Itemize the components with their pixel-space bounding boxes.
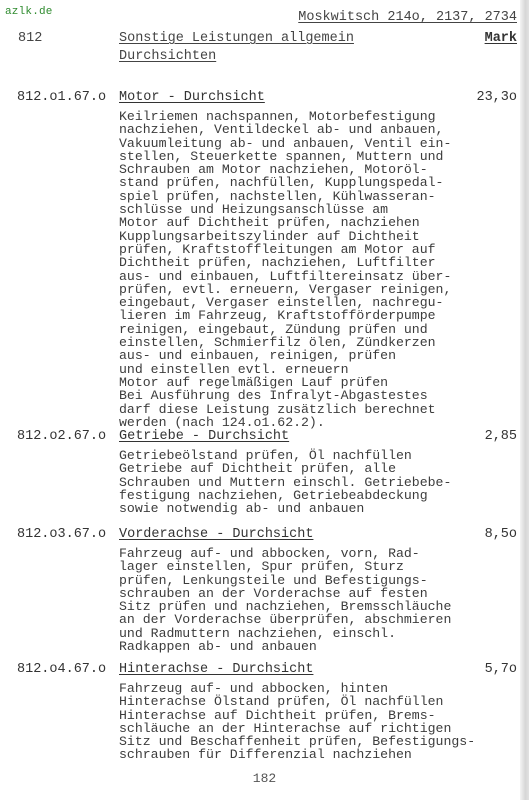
item-title: Hinterachse - Durchsicht <box>119 662 313 677</box>
watermark: azlk.de <box>5 6 53 18</box>
item-price: 8,5o <box>485 527 517 542</box>
section-title: Sonstige Leistungen allgemein <box>119 31 354 46</box>
item-code: 812.o1.67.o <box>17 90 106 105</box>
item-code: 812.o3.67.o <box>17 527 106 542</box>
item-code: 812.o2.67.o <box>17 429 106 444</box>
item-price: 2,85 <box>485 429 517 444</box>
item-code: 812.o4.67.o <box>17 662 106 677</box>
currency-column-label: Mark <box>485 31 517 46</box>
item-title: Getriebe - Durchsicht <box>119 429 289 444</box>
item-price: 23,3o <box>476 90 517 105</box>
item-description: Fahrzeug auf- und abbocken, hinten Hinte… <box>119 682 479 762</box>
vehicle-models-header: Moskwitsch 214o, 2137, 2734 <box>298 10 517 25</box>
item-title: Motor - Durchsicht <box>119 90 265 105</box>
item-price: 5,7o <box>485 662 517 677</box>
scan-edge <box>520 0 529 800</box>
page-number: 182 <box>0 771 529 786</box>
item-description: Fahrzeug auf- und abbocken, vorn, Rad- l… <box>119 547 479 653</box>
section-number: 812 <box>18 31 42 46</box>
item-description: Getriebeölstand prüfen, Öl nachfüllen Ge… <box>119 449 479 515</box>
item-title: Vorderachse - Durchsicht <box>119 527 313 542</box>
section-subtitle: Durchsichten <box>119 49 216 64</box>
item-description: Keilriemen nachspannen, Motorbefestigung… <box>119 110 479 429</box>
